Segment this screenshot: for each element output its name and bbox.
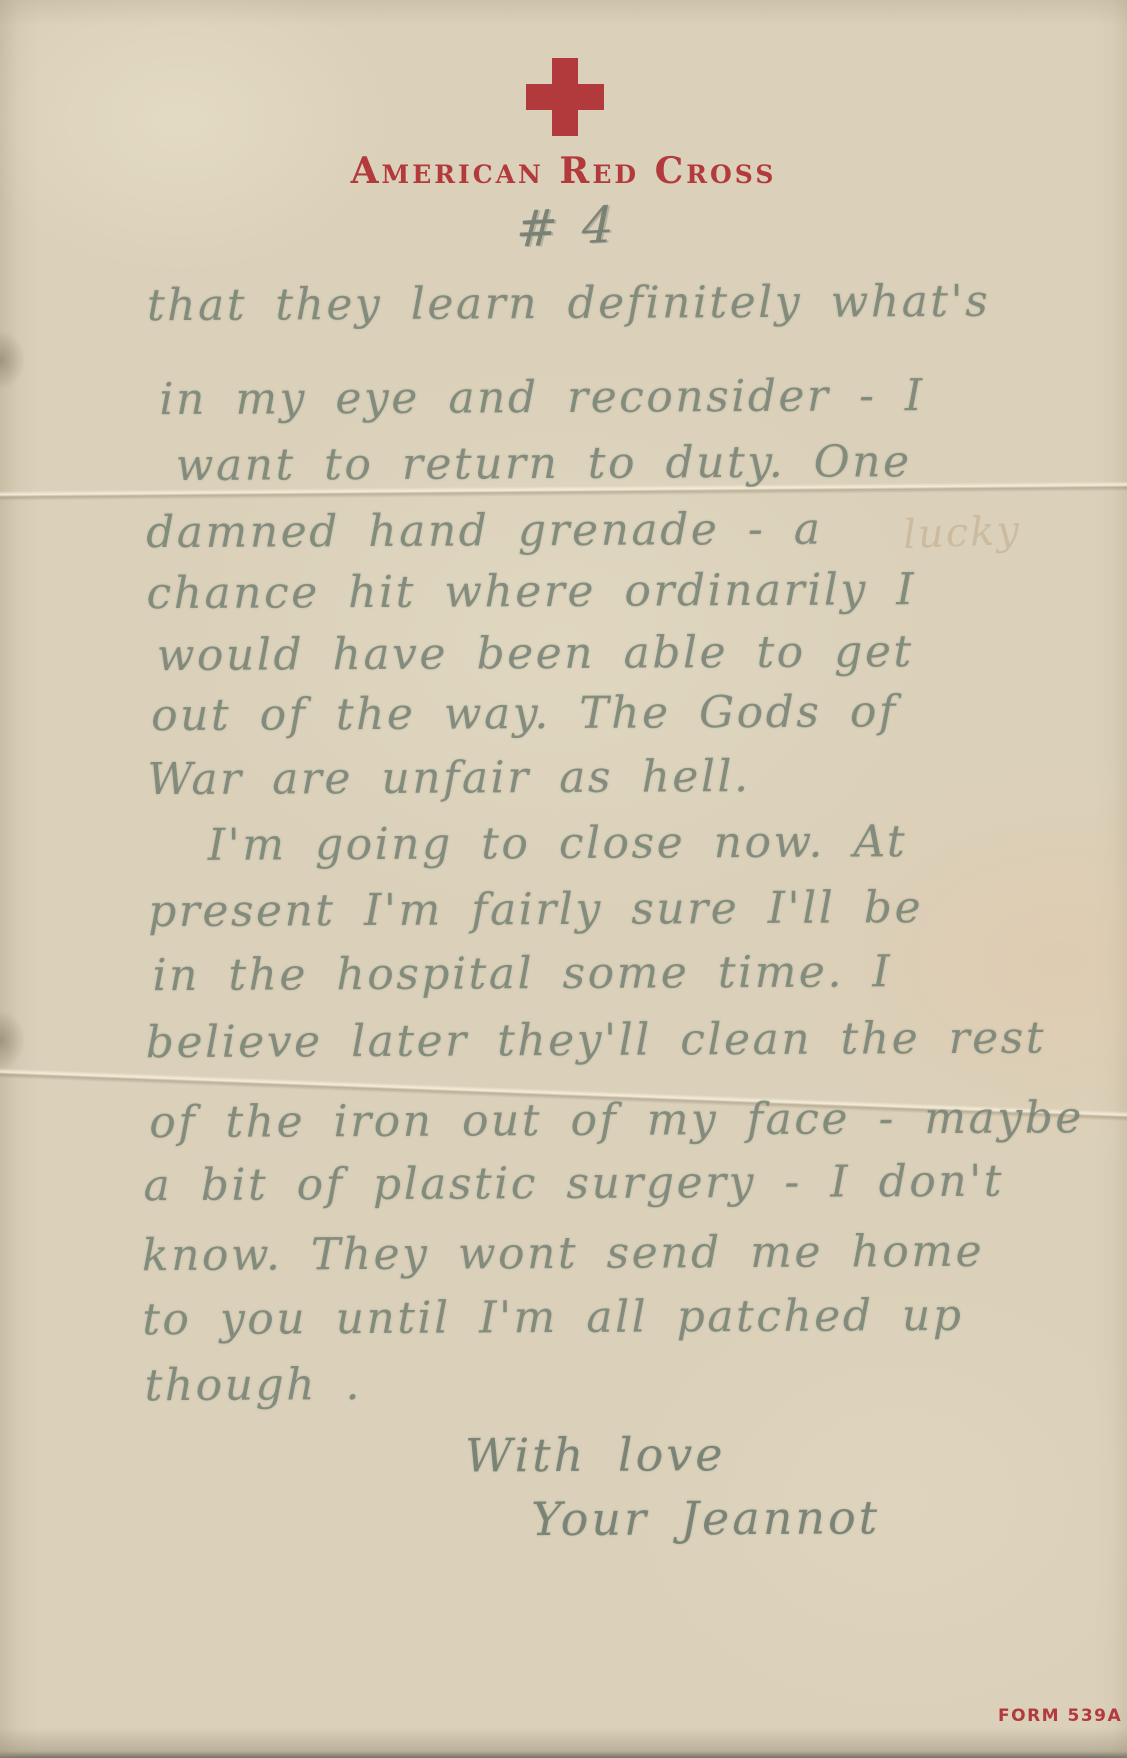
closing-valediction: With love [465,1427,726,1482]
faded-erased-word: lucky [902,508,1022,559]
handwritten-line: of the iron out of my face - maybe [149,1092,1084,1148]
handwritten-line: in the hospital some time. I [152,946,892,1001]
handwritten-line: in my eye and reconsider - I [159,370,925,425]
letter-page: American Red Cross # 4 that they learn d… [0,0,1127,1758]
handwritten-line: out of the way. The Gods of [151,686,898,741]
handwritten-line: War are unfair as hell. [147,751,750,805]
handwritten-line: present I'm fairly sure I'll be [148,882,923,937]
handwritten-line: a bit of plastic surgery - I don't [143,1156,1004,1212]
handwritten-line: would have been able to get [157,626,914,681]
form-number: FORM 539A [998,1706,1122,1726]
handwritten-line: chance hit where ordinarily I [146,564,916,619]
handwritten-letter-body: that they learn definitely what's in my … [0,0,1127,1758]
handwritten-line: though . [145,1359,363,1411]
handwritten-line: to you until I'm all patched up [142,1290,963,1345]
handwritten-line: damned hand grenade - a [146,504,823,559]
handwritten-line: I'm going to close now. At [208,816,908,871]
handwritten-line: know. They wont send me home [142,1226,984,1281]
handwritten-line: want to return to duty. One [176,436,912,491]
handwritten-line: believe later they'll clean the rest [146,1012,1046,1068]
signature: Your Jeannot [531,1490,880,1546]
handwritten-line: that they learn definitely what's [147,276,990,331]
